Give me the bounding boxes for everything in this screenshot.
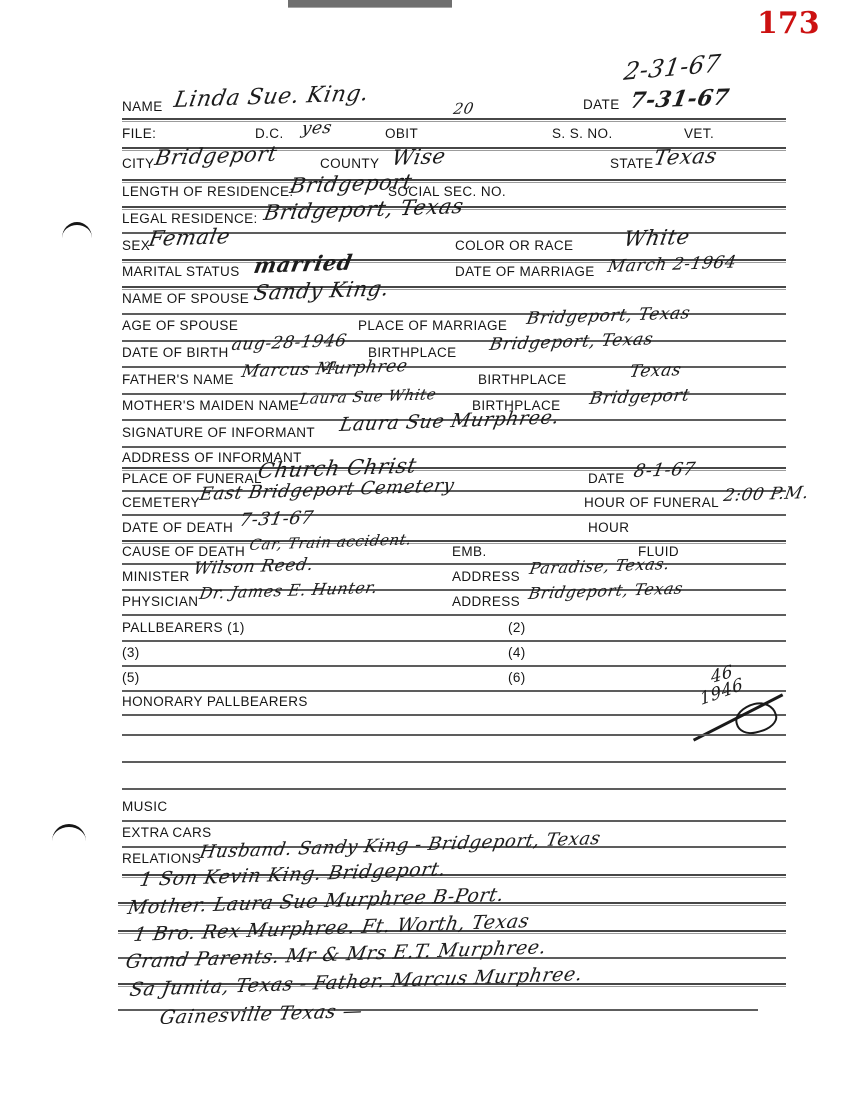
cause-of-death-value: Car, Train accident.	[248, 530, 413, 554]
name-label: NAME	[122, 99, 163, 114]
legal-residence-label: LEGAL RESIDENCE:	[122, 211, 258, 226]
form-rule	[122, 665, 786, 667]
name-note: 20	[452, 99, 475, 118]
age-of-spouse-label: AGE OF SPOUSE	[122, 318, 238, 333]
physician-address-value: Bridgeport, Texas	[527, 578, 685, 603]
form-rule	[122, 761, 786, 763]
hour-of-funeral-label: HOUR OF FUNERAL	[584, 495, 719, 510]
top-date-note: 2-31-67	[622, 49, 723, 86]
county-value: Wise	[390, 144, 448, 170]
county-label: COUNTY	[320, 156, 379, 171]
birthplace-label: BIRTHPLACE	[478, 372, 567, 387]
city-value: Bridgeport	[153, 142, 279, 170]
margin-pen-mark	[52, 824, 86, 841]
form-rule	[122, 366, 786, 368]
mothers-maiden-name-label: MOTHER'S MAIDEN NAME	[122, 398, 299, 413]
form-rule	[122, 514, 786, 516]
minister-address-value: Paradise, Texas.	[528, 554, 672, 578]
funeral-date-value: 8-1-67	[632, 459, 697, 482]
minister-address-label: ADDRESS	[452, 569, 520, 584]
relations-line: Gainesville Texas —	[158, 1000, 365, 1029]
form-rule	[122, 340, 786, 342]
state-label: STATE	[610, 156, 654, 171]
pallbearers-2-label: (2)	[508, 620, 526, 635]
cemetery-label: CEMETERY	[122, 495, 200, 510]
pallbearers-1-label: PALLBEARERS (1)	[122, 620, 245, 635]
relations-label: RELATIONS	[122, 851, 201, 866]
city-label: CITY	[122, 156, 154, 171]
color-or-race-value: White	[622, 225, 692, 251]
dc-answer: yes	[300, 118, 334, 139]
pallbearers-4-label: (4)	[508, 645, 526, 660]
form-rule	[122, 118, 786, 123]
date-value: 7-31-67	[628, 84, 732, 114]
name-of-spouse-value: Sandy King.	[252, 276, 391, 305]
hour-of-funeral-value: 2:00 P.M.	[722, 483, 811, 506]
marital-status-label: MARITAL STATUS	[122, 264, 240, 279]
date-of-birth-value: aug-28-1946	[230, 331, 348, 355]
signature-of-informant-value: Laura Sue Murphree.	[338, 406, 561, 436]
fathers-name-value: Marcus Murphree	[240, 356, 409, 382]
sex-value: Female	[147, 224, 232, 251]
form-rule	[122, 614, 786, 616]
form-rule	[122, 714, 786, 716]
marital-status-value: married	[252, 249, 355, 278]
signature-of-informant-label: SIGNATURE OF INFORMANT	[122, 425, 315, 440]
physician-label: PHYSICIAN	[122, 594, 198, 609]
mothers-maiden-name-value: Laura Sue White	[298, 385, 438, 408]
date-of-death-value: 7-31-67	[238, 507, 315, 531]
file-label: FILE:	[122, 126, 156, 141]
hour-label: HOUR	[588, 520, 629, 535]
name-value: Linda Sue. King.	[172, 81, 371, 113]
margin-pen-mark	[62, 222, 92, 238]
form-rule	[122, 690, 786, 692]
extra-cars-label: EXTRA CARS	[122, 825, 212, 840]
minister-value: Wilson Reed.	[192, 555, 315, 579]
date-of-death-label: DATE OF DEATH	[122, 520, 233, 535]
funeral-date-label: DATE	[588, 471, 625, 486]
state-value: Texas	[652, 144, 719, 170]
music-label: MUSIC	[122, 799, 168, 814]
form-rule	[122, 446, 786, 448]
form-rule	[122, 734, 786, 736]
physician-value: Dr. James E. Hunter.	[198, 578, 379, 603]
dc-label: D.C.	[255, 126, 284, 141]
birthplace-father-value: Texas	[628, 360, 683, 382]
form-rule	[122, 820, 786, 822]
vet-label: VET.	[684, 126, 714, 141]
date-of-marriage-value: March 2-1964	[606, 252, 738, 277]
pallbearers-3-label: (3)	[122, 645, 140, 660]
form-rule	[122, 640, 786, 642]
form-rule	[122, 788, 786, 790]
color-or-race-label: COLOR OR RACE	[455, 238, 573, 253]
length-of-residence-label: LENGTH OF RESIDENCE:	[122, 184, 294, 199]
birthplace-mother-value: Bridgeport	[588, 385, 691, 409]
physician-address-label: ADDRESS	[452, 594, 520, 609]
ssno-label: S. S. NO.	[552, 126, 613, 141]
date-of-marriage-label: DATE OF MARRIAGE	[455, 264, 595, 279]
date-of-birth-label: DATE OF BIRTH	[122, 345, 229, 360]
honorary-pallbearers-label: HONORARY PALLBEARERS	[122, 694, 308, 709]
page-number: 173	[757, 6, 820, 41]
name-of-spouse-label: NAME OF SPOUSE	[122, 291, 249, 306]
relations-line: Husband. Sandy King - Bridgeport, Texas	[198, 828, 602, 863]
obit-label: OBIT	[385, 126, 418, 141]
birthplace-self-value: Bridgeport, Texas	[488, 329, 655, 355]
scan-edge-bar	[288, 0, 452, 8]
fathers-name-label: FATHER'S NAME	[122, 372, 234, 387]
scanned-funeral-record-page: 173 2-31-67 NAME Linda Sue. King. 20 DAT…	[0, 0, 850, 1100]
date-label: DATE	[583, 97, 620, 112]
emb-label: EMB.	[452, 544, 487, 559]
place-of-marriage-label: PLACE OF MARRIAGE	[358, 318, 507, 333]
place-of-marriage-value: Bridgeport, Texas	[525, 303, 692, 329]
pallbearers-5-label: (5)	[122, 670, 140, 685]
pallbearers-6-label: (6)	[508, 670, 526, 685]
minister-label: MINISTER	[122, 569, 190, 584]
